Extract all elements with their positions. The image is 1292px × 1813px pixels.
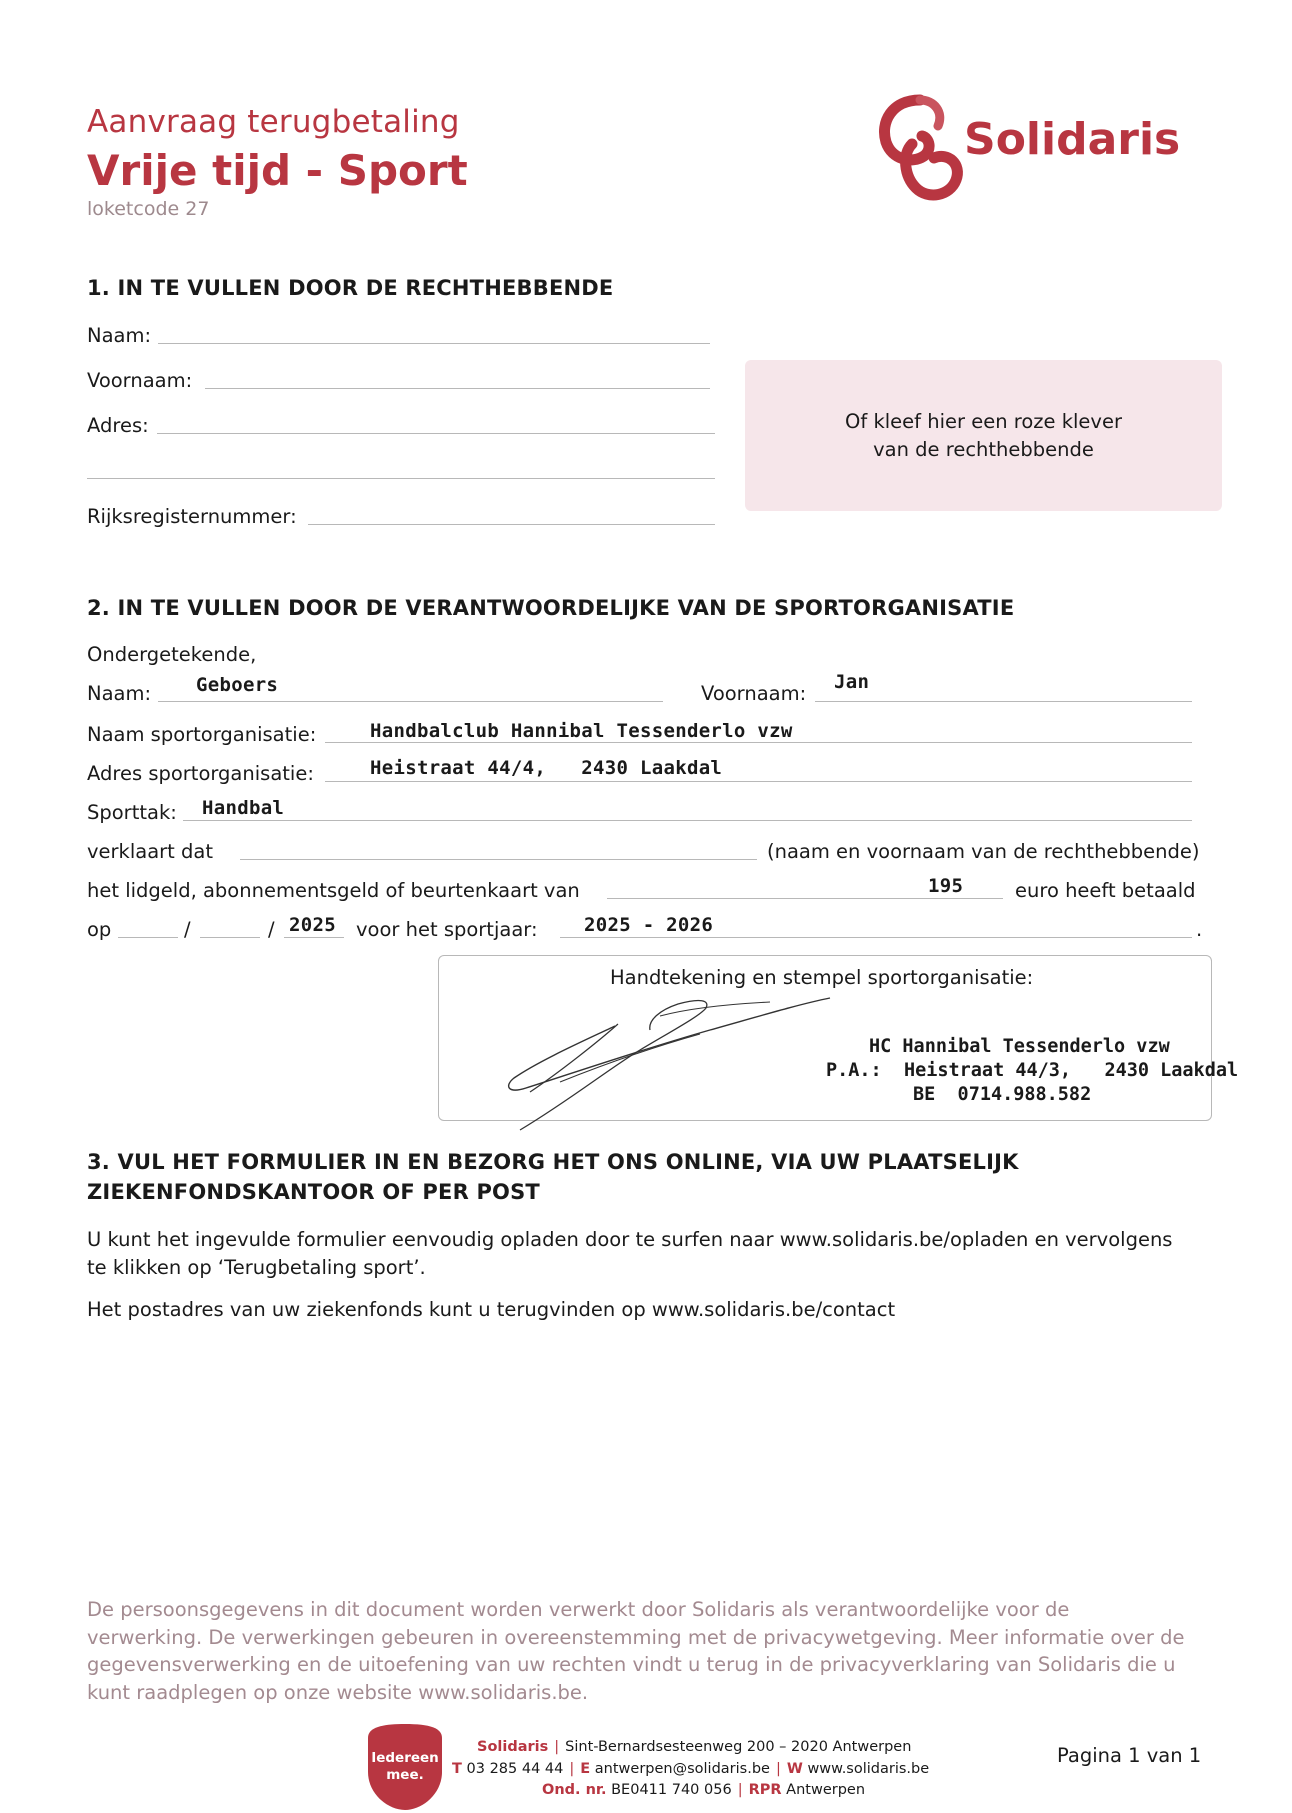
s2-voornaam-value: Jan	[834, 671, 869, 693]
page-number: Pagina 1 van 1	[1057, 1744, 1201, 1767]
rijksregisternummer-field[interactable]	[308, 524, 715, 525]
form-subtitle: Aanvraag terugbetaling	[87, 104, 460, 140]
sticker-text-line2: van de rechthebbende	[745, 436, 1222, 464]
lidgeld-suffix: euro heeft betaald	[1015, 879, 1196, 902]
section1-heading: 1. IN TE VULLEN DOOR DE RECHTHEBBENDE	[87, 276, 613, 300]
privacy-notice: De persoonsgegevens in dit document word…	[87, 1596, 1207, 1706]
date-separator-1: /	[184, 918, 191, 941]
naam-label: Naam:	[87, 324, 151, 347]
s2-voornaam-label: Voornaam:	[701, 682, 806, 705]
date-year-value: 2025	[289, 914, 336, 936]
s2-naam-value: Geboers	[196, 674, 278, 696]
adres-label: Adres:	[87, 414, 149, 437]
sporttak-label: Sporttak:	[87, 801, 177, 824]
end-dot: .	[1196, 918, 1202, 941]
sportjaar-value: 2025 - 2026	[584, 914, 713, 936]
solidaris-logo-icon	[872, 92, 972, 212]
org-naam-label: Naam sportorganisatie:	[87, 723, 316, 746]
section3-heading-line1: 3. VUL HET FORMULIER IN EN BEZORG HET ON…	[87, 1150, 1019, 1174]
org-adres-label: Adres sportorganisatie:	[87, 762, 314, 785]
section2-heading: 2. IN TE VULLEN DOOR DE VERANTWOORDELIJK…	[87, 596, 1014, 620]
lidgeld-label: het lidgeld, abonnementsgeld of beurtenk…	[87, 879, 580, 902]
section3-heading-line2: ZIEKENFONDSKANTOOR OF PER POST	[87, 1180, 540, 1204]
adres-field-line1[interactable]	[157, 433, 715, 434]
date-month-field[interactable]	[200, 937, 260, 938]
org-adres-field[interactable]	[325, 781, 1192, 782]
loketcode: loketcode 27	[87, 198, 209, 220]
voornaam-field[interactable]	[205, 388, 710, 389]
postadres-info: Het postadres van uw ziekenfonds kunt u …	[87, 1296, 895, 1324]
stamp-line-2: P.A.: Heistraat 44/3, 2430 Laakdal	[826, 1060, 1238, 1081]
sportjaar-label: voor het sportjaar:	[356, 918, 538, 941]
sticker-text-line1: Of kleef hier een roze klever	[745, 408, 1222, 436]
lidgeld-field[interactable]	[607, 898, 1003, 899]
verklaart-label: verklaart dat	[87, 840, 213, 863]
signature-title: Handtekening en stempel sportorganisatie…	[610, 966, 1033, 989]
ondergetekende-label: Ondergetekende,	[87, 643, 256, 666]
sticker-area: Of kleef hier een roze klever van de rec…	[745, 360, 1222, 511]
upload-instructions: U kunt het ingevulde formulier eenvoudig…	[87, 1226, 1172, 1282]
verklaart-hint: (naam en voornaam van de rechthebbende)	[767, 840, 1200, 863]
form-title: Vrije tijd - Sport	[87, 146, 468, 195]
date-separator-2: /	[268, 918, 275, 941]
solidaris-logo: Solidaris	[872, 92, 1192, 212]
lidgeld-value: 195	[928, 875, 963, 897]
logo-text: Solidaris	[964, 114, 1180, 165]
sporttak-field[interactable]	[183, 820, 1192, 821]
date-year-field[interactable]	[284, 937, 344, 938]
s2-naam-label: Naam:	[87, 682, 151, 705]
sportjaar-field[interactable]	[560, 937, 1192, 938]
org-naam-value: Handbalclub Hannibal Tessenderlo vzw	[370, 720, 793, 742]
adres-field-line2[interactable]	[87, 478, 715, 479]
voornaam-label: Voornaam:	[87, 369, 192, 392]
naam-field[interactable]	[158, 343, 710, 344]
stamp-line-1: HC Hannibal Tessenderlo vzw	[869, 1036, 1170, 1057]
footer-website[interactable]: www.solidaris.be	[807, 1761, 929, 1777]
org-naam-field[interactable]	[325, 742, 1192, 743]
sporttak-value: Handbal	[202, 797, 284, 819]
op-label: op	[87, 918, 111, 941]
footer-contact-info: Solidaris|Sint-Bernardsesteenweg 200 – 2…	[452, 1737, 929, 1802]
footer-email[interactable]: antwerpen@solidaris.be	[595, 1761, 770, 1777]
stamp-line-3: BE 0714.988.582	[913, 1084, 1091, 1105]
s2-naam-field[interactable]	[158, 701, 663, 702]
date-day-field[interactable]	[118, 937, 178, 938]
iedereen-mee-badge: Iedereen mee.	[360, 1722, 450, 1812]
rijksregisternummer-label: Rijksregisternummer:	[87, 505, 297, 528]
s2-voornaam-field[interactable]	[815, 701, 1192, 702]
org-adres-value: Heistraat 44/4, 2430 Laakdal	[370, 757, 722, 779]
verklaart-field[interactable]	[240, 859, 757, 860]
handwritten-signature	[500, 990, 860, 1140]
